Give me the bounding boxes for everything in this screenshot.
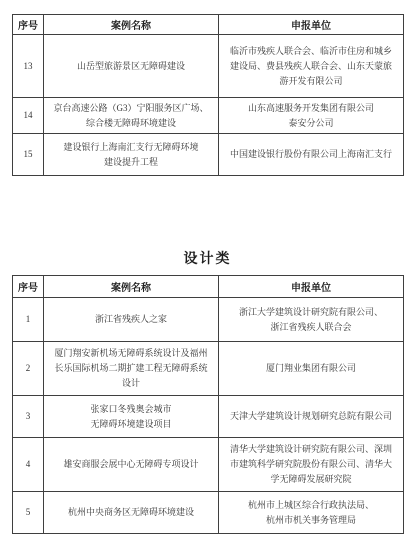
cell-declaring-unit: 临沂市残疾人联合会、临沂市住房和城乡 建设局、费县残疾人联合会、山东天蒙旅 游开… bbox=[219, 35, 404, 98]
column-header-no: 序号 bbox=[13, 15, 44, 35]
cell-no: 1 bbox=[13, 298, 44, 342]
table-row: 13 山岳型旅游景区无障碍建设 临沂市残疾人联合会、临沂市住房和城乡 建设局、费… bbox=[13, 35, 404, 98]
column-header-declaring-unit: 申报单位 bbox=[219, 15, 404, 35]
column-header-declaring-unit: 申报单位 bbox=[219, 276, 404, 298]
table-row: 2 厦门翔安新机场无障碍系统设计及福州 长乐国际机场二期扩建工程无障碍系统 设计… bbox=[13, 342, 404, 396]
cell-no: 3 bbox=[13, 396, 44, 438]
column-header-case-name: 案例名称 bbox=[44, 15, 219, 35]
construction-table-continued: 序号 案例名称 申报单位 13 山岳型旅游景区无障碍建设 临沂市残疾人联合会、临… bbox=[12, 14, 404, 176]
cell-no: 15 bbox=[13, 134, 44, 176]
cell-declaring-unit: 清华大学建筑设计研究院有限公司、深圳 市建筑科学研究院股份有限公司、清华大 学无… bbox=[219, 438, 404, 492]
table-row: 15 建设银行上海南汇支行无障碍环境 建设提升工程 中国建设银行股份有限公司上海… bbox=[13, 134, 404, 176]
table-row: 3 张家口冬残奥会城市 无障碍环境建设项目 天津大学建筑设计规划研究总院有限公司 bbox=[13, 396, 404, 438]
cell-no: 4 bbox=[13, 438, 44, 492]
table-row: 1 浙江省残疾人之家 浙江大学建筑设计研究院有限公司、 浙江省残疾人联合会 bbox=[13, 298, 404, 342]
table-header-row: 序号 案例名称 申报单位 bbox=[13, 15, 404, 35]
document-page: 序号 案例名称 申报单位 13 山岳型旅游景区无障碍建设 临沂市残疾人联合会、临… bbox=[0, 0, 416, 544]
cell-case-name: 杭州中央商务区无障碍环境建设 bbox=[44, 492, 219, 534]
cell-no: 5 bbox=[13, 492, 44, 534]
table-row: 5 杭州中央商务区无障碍环境建设 杭州市上城区综合行政执法局、 杭州市机关事务管… bbox=[13, 492, 404, 534]
cell-case-name: 浙江省残疾人之家 bbox=[44, 298, 219, 342]
cell-declaring-unit: 中国建设银行股份有限公司上海南汇支行 bbox=[219, 134, 404, 176]
table-row: 4 雄安商服会展中心无障碍专项设计 清华大学建筑设计研究院有限公司、深圳 市建筑… bbox=[13, 438, 404, 492]
cell-declaring-unit: 山东高速服务开发集团有限公司 泰安分公司 bbox=[219, 98, 404, 134]
table-header-row: 序号 案例名称 申报单位 bbox=[13, 276, 404, 298]
design-table: 序号 案例名称 申报单位 1 浙江省残疾人之家 浙江大学建筑设计研究院有限公司、… bbox=[12, 275, 404, 534]
cell-case-name: 京台高速公路（G3）宁阳服务区广场、 综合楼无障碍环境建设 bbox=[44, 98, 219, 134]
cell-case-name: 厦门翔安新机场无障碍系统设计及福州 长乐国际机场二期扩建工程无障碍系统 设计 bbox=[44, 342, 219, 396]
cell-no: 2 bbox=[13, 342, 44, 396]
cell-case-name: 山岳型旅游景区无障碍建设 bbox=[44, 35, 219, 98]
cell-case-name: 雄安商服会展中心无障碍专项设计 bbox=[44, 438, 219, 492]
cell-declaring-unit: 浙江大学建筑设计研究院有限公司、 浙江省残疾人联合会 bbox=[219, 298, 404, 342]
cell-declaring-unit: 厦门翔业集团有限公司 bbox=[219, 342, 404, 396]
cell-declaring-unit: 杭州市上城区综合行政执法局、 杭州市机关事务管理局 bbox=[219, 492, 404, 534]
table-row: 14 京台高速公路（G3）宁阳服务区广场、 综合楼无障碍环境建设 山东高速服务开… bbox=[13, 98, 404, 134]
cell-case-name: 张家口冬残奥会城市 无障碍环境建设项目 bbox=[44, 396, 219, 438]
column-header-no: 序号 bbox=[13, 276, 44, 298]
cell-no: 13 bbox=[13, 35, 44, 98]
section-title: 设计类 bbox=[12, 248, 403, 268]
cell-declaring-unit: 天津大学建筑设计规划研究总院有限公司 bbox=[219, 396, 404, 438]
cell-no: 14 bbox=[13, 98, 44, 134]
column-header-case-name: 案例名称 bbox=[44, 276, 219, 298]
cell-case-name: 建设银行上海南汇支行无障碍环境 建设提升工程 bbox=[44, 134, 219, 176]
